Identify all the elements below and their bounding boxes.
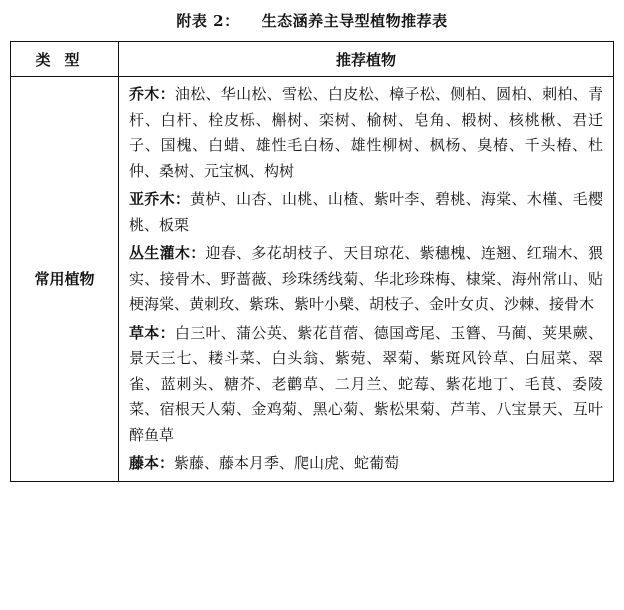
group-plants: 油松、华山松、雪松、白皮松、樟子松、侧柏、圆柏、刺柏、青杆、白杆、栓皮栎、槲树、…: [129, 85, 603, 180]
plants-cell: 乔木：油松、华山松、雪松、白皮松、樟子松、侧柏、圆柏、刺柏、青杆、白杆、栓皮栎、…: [119, 77, 614, 482]
group-label: 藤本：: [129, 454, 174, 472]
group-small-trees: 亚乔木：黄栌、山杏、山桃、山楂、紫叶李、碧桃、海棠、木槿、毛樱桃、板栗: [129, 187, 603, 238]
group-label: 丛生灌木：: [129, 244, 206, 262]
table-row: 常用植物 乔木：油松、华山松、雪松、白皮松、樟子松、侧柏、圆柏、刺柏、青杆、白杆…: [11, 77, 614, 482]
table-title: 附表 2：生态涵养主导型植物推荐表: [0, 10, 624, 31]
header-recommended-plants: 推荐植物: [119, 42, 614, 77]
group-plants: 黄栌、山杏、山桃、山楂、紫叶李、碧桃、海棠、木槿、毛樱桃、板栗: [129, 190, 603, 234]
header-type: 类型: [11, 42, 119, 77]
plant-recommendation-table: 类型 推荐植物 常用植物 乔木：油松、华山松、雪松、白皮松、樟子松、侧柏、圆柏、…: [10, 41, 614, 482]
type-cell: 常用植物: [11, 77, 119, 482]
group-herbs: 草本：白三叶、蒲公英、紫花苜蓿、德国鸢尾、玉簪、马蔺、荚果蕨、景天三七、耧斗菜、…: [129, 321, 603, 449]
group-shrubs: 丛生灌木：迎春、多花胡枝子、天目琼花、紫穗槐、连翘、红瑞木、猥实、接骨木、野蔷薇…: [129, 241, 603, 318]
group-label: 亚乔木：: [129, 190, 190, 208]
group-vines: 藤本：紫藤、藤本月季、爬山虎、蛇葡萄: [129, 451, 603, 477]
header-row: 类型 推荐植物: [11, 42, 614, 77]
table-title-text: 生态涵养主导型植物推荐表: [262, 12, 448, 30]
group-label: 草本：: [129, 324, 175, 342]
group-label: 乔木：: [129, 85, 175, 103]
table-title-prefix: 附表 2：: [176, 12, 239, 30]
group-plants: 白三叶、蒲公英、紫花苜蓿、德国鸢尾、玉簪、马蔺、荚果蕨、景天三七、耧斗菜、白头翁…: [129, 324, 603, 444]
group-trees: 乔木：油松、华山松、雪松、白皮松、樟子松、侧柏、圆柏、刺柏、青杆、白杆、栓皮栎、…: [129, 82, 603, 184]
group-plants: 紫藤、藤本月季、爬山虎、蛇葡萄: [174, 454, 399, 472]
